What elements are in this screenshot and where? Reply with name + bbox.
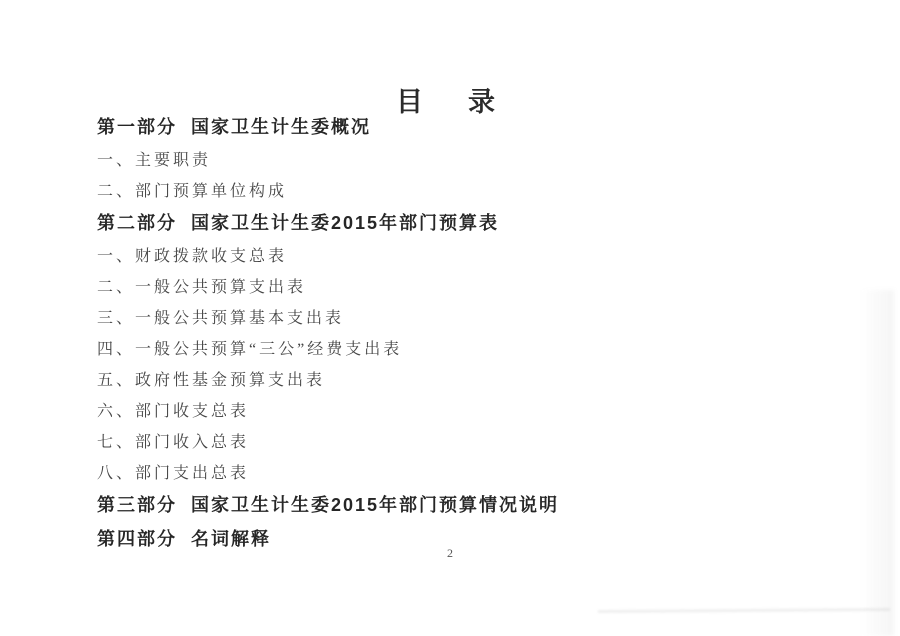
toc-item: 六、部门收支总表 bbox=[97, 403, 817, 420]
toc-section-label: 第一部分 bbox=[97, 117, 177, 137]
page-number: 2 bbox=[0, 546, 900, 561]
table-of-contents: 第一部分国家卫生计生委概况一、主要职责二、部门预算单位构成第二部分国家卫生计生委… bbox=[97, 114, 817, 550]
scan-edge-artifact bbox=[860, 290, 894, 636]
toc-item: 二、部门预算单位构成 bbox=[97, 183, 817, 200]
toc-section-heading: 第二部分国家卫生计生委2015年部门预算表 bbox=[97, 212, 817, 234]
toc-section-heading: 第三部分国家卫生计生委2015年部门预算情况说明 bbox=[97, 494, 817, 516]
toc-section-title: 国家卫生计生委2015年部门预算表 bbox=[191, 213, 499, 233]
toc-item: 四、一般公共预算“三公”经费支出表 bbox=[97, 341, 817, 358]
toc-section-heading: 第一部分国家卫生计生委概况 bbox=[97, 116, 817, 138]
toc-item: 五、政府性基金预算支出表 bbox=[97, 372, 817, 389]
toc-section-label: 第二部分 bbox=[97, 213, 177, 233]
toc-item: 一、主要职责 bbox=[97, 152, 817, 169]
toc-item: 七、部门收入总表 bbox=[97, 434, 817, 451]
toc-item: 八、部门支出总表 bbox=[97, 465, 817, 482]
toc-item: 三、一般公共预算基本支出表 bbox=[97, 310, 817, 327]
scanned-document-page: 目 录 第一部分国家卫生计生委概况一、主要职责二、部门预算单位构成第二部分国家卫… bbox=[0, 0, 900, 636]
scan-streak-artifact bbox=[598, 608, 890, 613]
toc-section-label: 第三部分 bbox=[97, 495, 177, 515]
toc-item: 二、一般公共预算支出表 bbox=[97, 279, 817, 296]
toc-item: 一、财政拨款收支总表 bbox=[97, 248, 817, 265]
toc-section-title: 国家卫生计生委概况 bbox=[191, 117, 371, 137]
toc-section-title: 国家卫生计生委2015年部门预算情况说明 bbox=[191, 495, 559, 515]
